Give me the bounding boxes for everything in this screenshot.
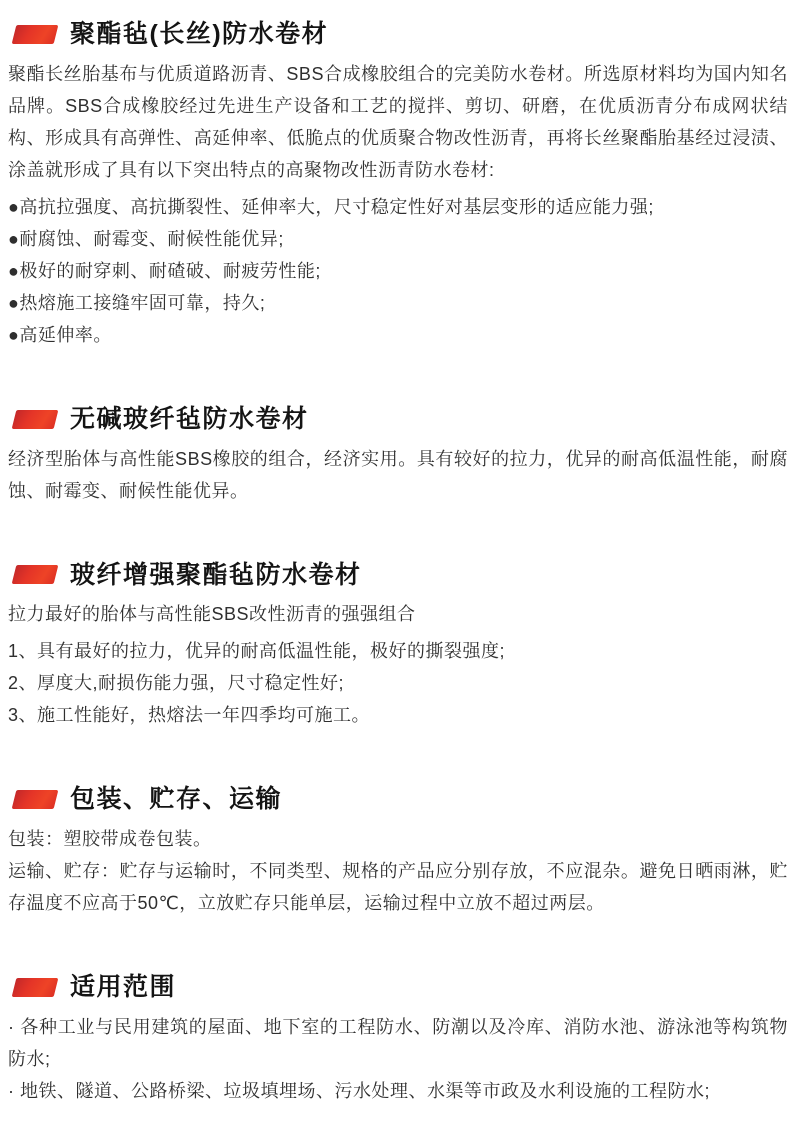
section-alkali-free-glass-felt: 无碱玻纤毡防水卷材 经济型胎体与高性能SBS橡胶的组合，经济实用。具有较好的拉力… bbox=[8, 405, 788, 507]
numbered-item: 1、具有最好的拉力，优异的耐高低温性能，极好的撕裂强度; bbox=[8, 635, 788, 667]
section-title: 无碱玻纤毡防水卷材 bbox=[70, 405, 309, 434]
scope-item: · 地铁、隧道、公路桥梁、垃圾填埋场、污水处理、水渠等市政及水利设施的工程防水; bbox=[8, 1075, 788, 1107]
section-header: 聚酯毡(长丝)防水卷材 bbox=[8, 20, 788, 49]
section-polyester-felt: 聚酯毡(长丝)防水卷材 聚酯长丝胎基布与优质道路沥青、SBS合成橡胶组合的完美防… bbox=[8, 20, 788, 351]
red-parallelogram-icon bbox=[12, 978, 59, 997]
packaging-paragraph: 包装：塑胶带成卷包装。 bbox=[8, 823, 788, 855]
red-parallelogram-icon bbox=[12, 790, 59, 809]
section-header: 适用范围 bbox=[8, 973, 788, 1002]
section-header: 玻纤增强聚酯毡防水卷材 bbox=[8, 561, 788, 590]
scope-item: · 各种工业与民用建筑的屋面、地下室的工程防水、防潮以及冷库、消防水池、游泳池等… bbox=[8, 1011, 788, 1075]
bullet-item: ●热熔施工接缝牢固可靠，持久; bbox=[8, 287, 788, 319]
numbered-list: 1、具有最好的拉力，优异的耐高低温性能，极好的撕裂强度; 2、厚度大,耐损伤能力… bbox=[8, 635, 788, 731]
bullet-item: ●高延伸率。 bbox=[8, 319, 788, 351]
section-paragraph: 聚酯长丝胎基布与优质道路沥青、SBS合成橡胶组合的完美防水卷材。所选原材料均为国… bbox=[8, 58, 788, 186]
numbered-item: 2、厚度大,耐损伤能力强，尺寸稳定性好; bbox=[8, 667, 788, 699]
bullet-list: ●高抗拉强度、高抗撕裂性、延伸率大，尺寸稳定性好对基层变形的适应能力强; ●耐腐… bbox=[8, 191, 788, 351]
red-parallelogram-icon bbox=[12, 410, 59, 429]
section-glass-reinforced-polyester-felt: 玻纤增强聚酯毡防水卷材 拉力最好的胎体与高性能SBS改性沥青的强强组合 1、具有… bbox=[8, 561, 788, 732]
section-header: 无碱玻纤毡防水卷材 bbox=[8, 405, 788, 434]
document-page: 聚酯毡(长丝)防水卷材 聚酯长丝胎基布与优质道路沥青、SBS合成橡胶组合的完美防… bbox=[0, 0, 800, 1107]
section-packaging-storage-transport: 包装、贮存、运输 包装：塑胶带成卷包装。 运输、贮存：贮存与运输时，不同类型、规… bbox=[8, 785, 788, 919]
section-title: 聚酯毡(长丝)防水卷材 bbox=[70, 20, 328, 49]
section-paragraph: 拉力最好的胎体与高性能SBS改性沥青的强强组合 bbox=[8, 598, 788, 630]
section-title: 适用范围 bbox=[70, 973, 176, 1002]
section-application-scope: 适用范围 · 各种工业与民用建筑的屋面、地下室的工程防水、防潮以及冷库、消防水池… bbox=[8, 973, 788, 1107]
bullet-item: ●耐腐蚀、耐霉变、耐候性能优异; bbox=[8, 223, 788, 255]
bullet-item: ●高抗拉强度、高抗撕裂性、延伸率大，尺寸稳定性好对基层变形的适应能力强; bbox=[8, 191, 788, 223]
section-title: 玻纤增强聚酯毡防水卷材 bbox=[70, 561, 362, 590]
red-parallelogram-icon bbox=[12, 25, 59, 44]
section-paragraph: 经济型胎体与高性能SBS橡胶的组合，经济实用。具有较好的拉力，优异的耐高低温性能… bbox=[8, 443, 788, 507]
red-parallelogram-icon bbox=[12, 565, 59, 584]
numbered-item: 3、施工性能好，热熔法一年四季均可施工。 bbox=[8, 699, 788, 731]
section-title: 包装、贮存、运输 bbox=[70, 785, 282, 814]
bullet-item: ●极好的耐穿刺、耐碴破、耐疲劳性能; bbox=[8, 255, 788, 287]
section-header: 包装、贮存、运输 bbox=[8, 785, 788, 814]
transport-storage-paragraph: 运输、贮存：贮存与运输时，不同类型、规格的产品应分别存放，不应混杂。避免日晒雨淋… bbox=[8, 855, 788, 919]
